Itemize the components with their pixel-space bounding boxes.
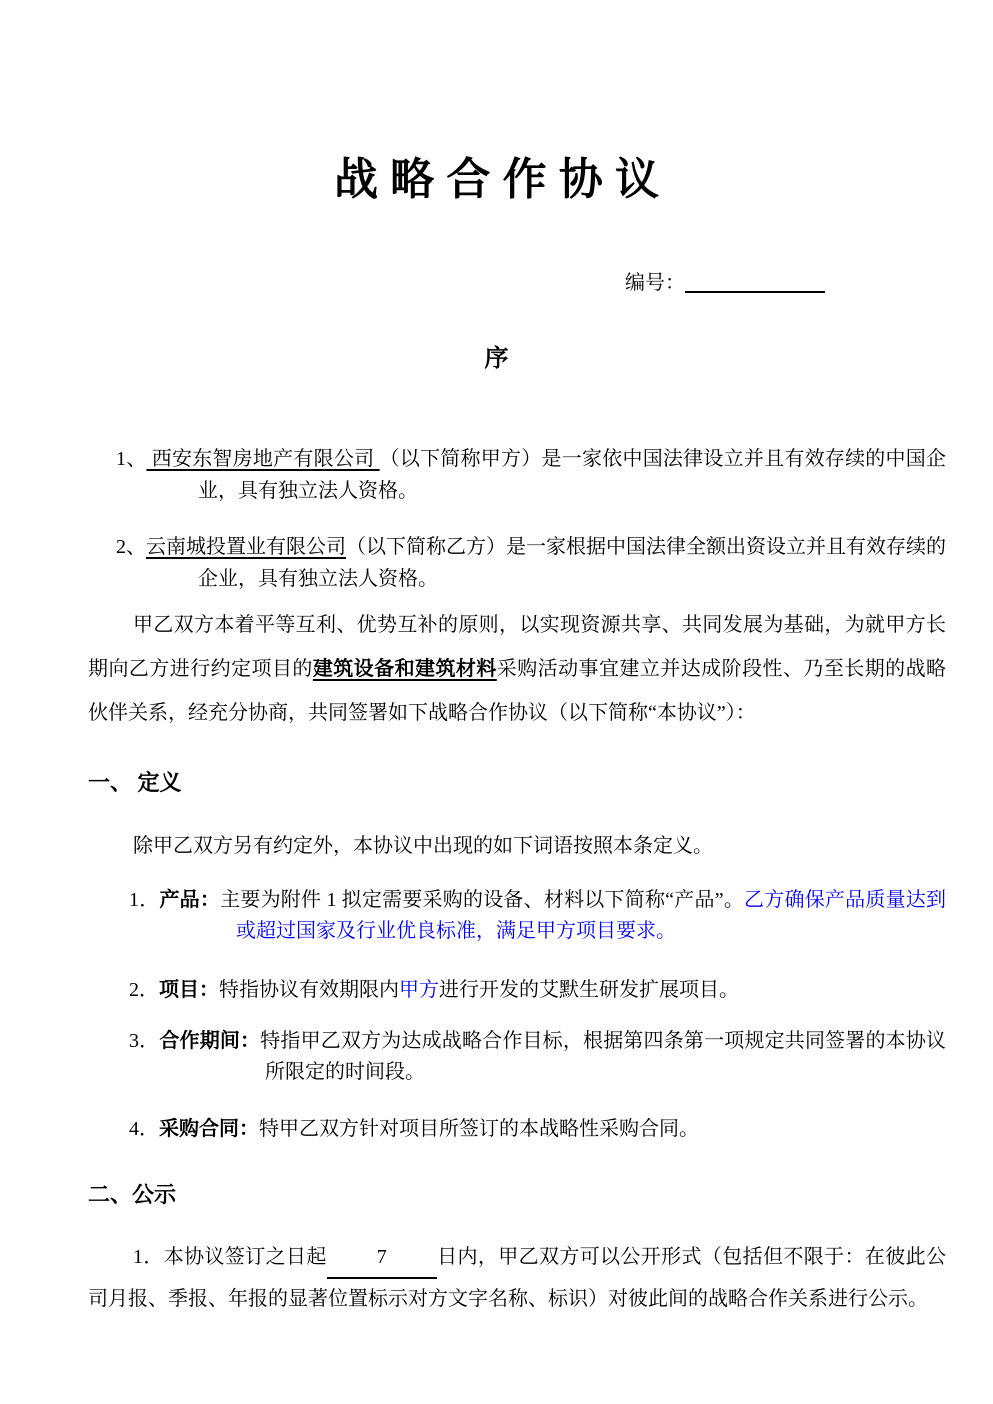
party-clause-b: 2、云南城投置业有限公司（以下简称乙方）是一家根据中国法律全额出资设立并且有效存…	[116, 531, 946, 595]
document-title: 战 略 合 作 协 议	[0, 152, 993, 207]
emphasized-procurement-terms: 建筑设备和建筑材料	[313, 658, 497, 680]
serial-number-row: 编号：	[625, 269, 946, 297]
definition-item-cooperation-period: 3．合作期间：特指甲乙双方为达成战略合作目标，根据第四条第一项规定共同签署的本协…	[129, 1026, 946, 1088]
definition-text-before: 特指协议有效期限内	[219, 979, 399, 1001]
definition-number: 4．	[129, 1118, 159, 1140]
preface-heading: 序	[0, 343, 993, 375]
serial-number-blank-line	[685, 273, 825, 293]
definition-term: 采购合同：	[159, 1118, 259, 1140]
party-a-name-underlined: 西安东智房地产有限公司	[146, 448, 379, 470]
section-heading-publicity: 二、公示	[88, 1179, 946, 1211]
definition-number: 2．	[129, 979, 159, 1001]
definition-item-product: 1．产品：主要为附件 1 拟定需要采购的设备、材料以下简称“产品”。乙方确保产品…	[129, 885, 946, 947]
party-number: 2、	[116, 536, 146, 558]
definition-term: 项目：	[159, 979, 219, 1001]
definitions-intro: 除甲乙双方另有约定外，本协议中出现的如下词语按照本条定义。	[88, 831, 946, 861]
days-blank-value: 7	[377, 1246, 387, 1268]
definition-text: 特甲乙双方针对项目所签订的本战略性采购合同。	[259, 1118, 699, 1140]
definition-number: 1．	[129, 889, 159, 911]
party-b-name-underlined: 云南城投置业有限公司	[146, 536, 346, 558]
party-a-blue-reference: 甲方	[399, 979, 439, 1001]
days-blank-underline: 7	[327, 1237, 437, 1279]
definition-text: 主要为附件 1 拟定需要采购的设备、材料以下简称“产品”。	[220, 889, 744, 911]
publicity-text-before: 1．本协议签订之日起	[133, 1246, 327, 1268]
definition-text: 特指甲乙双方为达成战略合作目标，根据第四条第一项规定共同签署的本协议所限定的时间…	[260, 1030, 946, 1083]
party-number: 1、	[116, 448, 146, 470]
definition-term: 产品：	[159, 889, 220, 911]
section-heading-definitions: 一、 定义	[88, 767, 946, 799]
preamble-paragraph: 甲乙双方本着平等互利、优势互补的原则，以实现资源共享、共同发展为基础，为就甲方长…	[88, 603, 946, 735]
definition-term: 合作期间：	[159, 1030, 260, 1052]
party-clause-a: 1、 西安东智房地产有限公司 （以下简称甲方）是一家依中国法律设立并且有效存续的…	[116, 443, 946, 507]
definition-item-project: 2．项目：特指协议有效期限内甲方进行开发的艾默生研发扩展项目。	[129, 975, 946, 1006]
definition-number: 3．	[129, 1030, 159, 1052]
document-page: 战 略 合 作 协 议 编号： 序 1、 西安东智房地产有限公司 （以下简称甲方…	[0, 0, 993, 1404]
publicity-clause: 1．本协议签订之日起7日内，甲乙双方可以公开形式（包括但不限于：在彼此公司月报、…	[88, 1237, 946, 1319]
definition-item-procurement-contract: 4．采购合同：特甲乙双方针对项目所签订的本战略性采购合同。	[129, 1114, 946, 1145]
serial-number-label: 编号：	[625, 272, 685, 294]
definition-text-after: 进行开发的艾默生研发扩展项目。	[439, 979, 739, 1001]
